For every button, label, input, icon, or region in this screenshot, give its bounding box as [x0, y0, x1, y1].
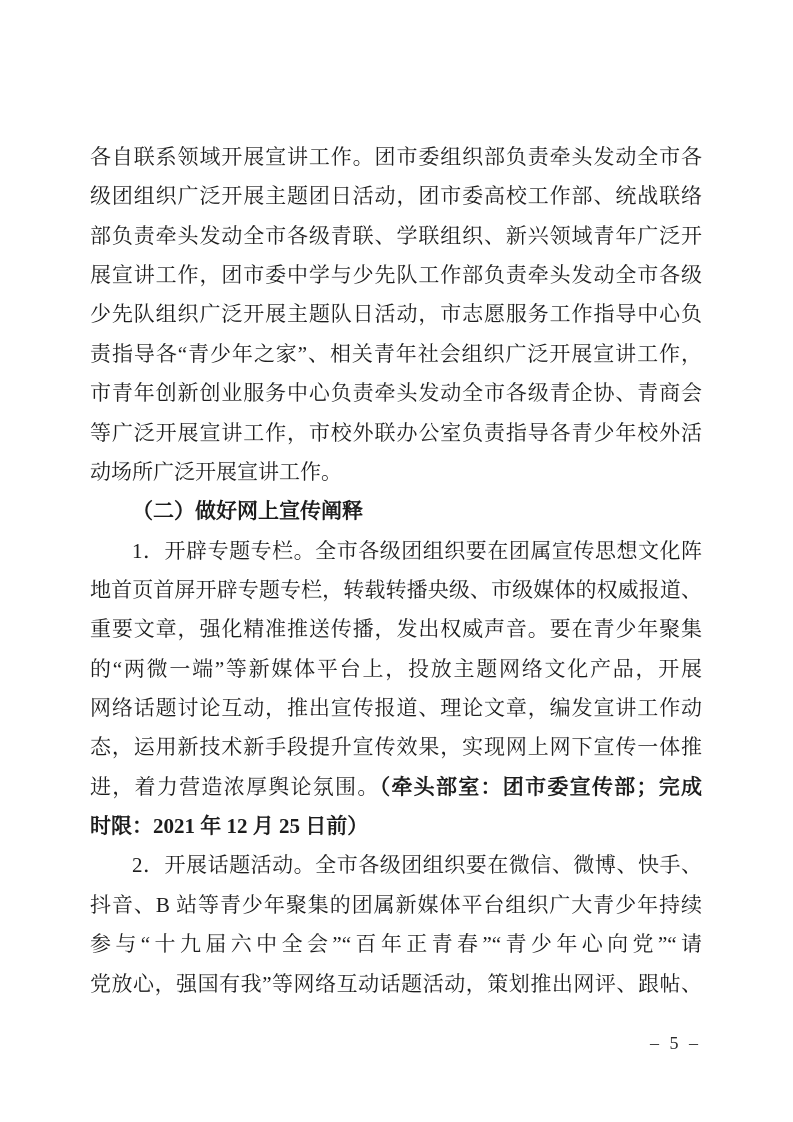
body-text: （二）做好网上宣传阐释	[132, 499, 363, 523]
body-text: 的“两微一端”等新媒体平台上，投放主题网络文化产品，开展	[90, 657, 702, 681]
text-line-16: 态，运用新技术新手段提升宣传效果，实现网上网下宣传一体推	[90, 728, 702, 767]
text-line-6: 责指导各“青少年之家”、相关青年社会组织广泛开展宣讲工作，	[90, 335, 702, 374]
body-text: 党放心，强国有我”等网络互动话题活动，策划推出网评、跟帖、	[90, 972, 702, 996]
text-line-8: 等广泛开展宣讲工作，市校外联办公室负责指导各青少年校外活	[90, 414, 702, 453]
emphasis-text: （牵头部室：团市委宣传部；完成	[380, 775, 702, 799]
body-text: 1．开辟专题专栏。全市各级团组织要在团属宣传思想文化阵	[132, 539, 702, 563]
body-text: 参与“十九届六中全会”“百年正青春”“青少年心向党”“请	[90, 932, 702, 956]
body-text: 动场所广泛开展宣讲工作。	[90, 460, 342, 484]
body-text: 部负责牵头发动全市各级青联、学联组织、新兴领域青年广泛开	[90, 224, 702, 248]
body-text: 级团组织广泛开展主题团日活动，团市委高校工作部、统战联络	[90, 184, 702, 208]
text-line-9: 动场所广泛开展宣讲工作。	[90, 453, 702, 492]
text-line-2: 级团组织广泛开展主题团日活动，团市委高校工作部、统战联络	[90, 177, 702, 216]
text-line-18: 时限：2021 年 12 月 25 日前）	[90, 807, 702, 846]
body-text: 展宣讲工作，团市委中学与少先队工作部负责牵头发动全市各级	[90, 263, 702, 287]
emphasis-text: 时限：2021 年 12 月 25 日前）	[90, 814, 368, 838]
text-line-3: 部负责牵头发动全市各级青联、学联组织、新兴领域青年广泛开	[90, 217, 702, 256]
text-line-22: 党放心，强国有我”等网络互动话题活动，策划推出网评、跟帖、	[90, 965, 702, 1004]
section-heading-2: （二）做好网上宣传阐释	[90, 492, 702, 531]
text-line-12: 地首页首屏开辟专题专栏，转载转播央级、市级媒体的权威报道、	[90, 571, 702, 610]
body-text: 抖音、B 站等青少年聚集的团属新媒体平台组织广大青少年持续	[90, 893, 702, 917]
body-text: 进，着力营造浓厚舆论氛围。	[90, 775, 380, 799]
text-block: 各自联系领域开展宣讲工作。团市委组织部负责牵头发动全市各级团组织广泛开展主题团日…	[90, 138, 702, 1004]
text-line-17: 进，着力营造浓厚舆论氛围。（牵头部室：团市委宣传部；完成	[90, 768, 702, 807]
text-line-5: 少先队组织广泛开展主题队日活动，市志愿服务工作指导中心负	[90, 295, 702, 334]
text-line-11: 1．开辟专题专栏。全市各级团组织要在团属宣传思想文化阵	[90, 532, 702, 571]
body-text: 各自联系领域开展宣讲工作。团市委组织部负责牵头发动全市各	[90, 145, 702, 169]
text-line-13: 重要文章，强化精准推送传播，发出权威声音。要在青少年聚集	[90, 610, 702, 649]
text-line-4: 展宣讲工作，团市委中学与少先队工作部负责牵头发动全市各级	[90, 256, 702, 295]
document-page: 各自联系领域开展宣讲工作。团市委组织部负责牵头发动全市各级团组织广泛开展主题团日…	[0, 0, 793, 1122]
text-line-20: 抖音、B 站等青少年聚集的团属新媒体平台组织广大青少年持续	[90, 886, 702, 925]
text-line-7: 市青年创新创业服务中心负责牵头发动全市各级青企协、青商会	[90, 374, 702, 413]
body-text: 责指导各“青少年之家”、相关青年社会组织广泛开展宣讲工作，	[90, 342, 702, 366]
text-line-19: 2．开展话题活动。全市各级团组织要在微信、微博、快手、	[90, 846, 702, 885]
body-text: 2．开展话题活动。全市各级团组织要在微信、微博、快手、	[132, 853, 702, 877]
text-line-15: 网络话题讨论互动，推出宣传报道、理论文章，编发宣讲工作动	[90, 689, 702, 728]
body-text: 市青年创新创业服务中心负责牵头发动全市各级青企协、青商会	[90, 381, 702, 405]
page-number: – 5 –	[650, 1033, 701, 1054]
text-line-14: 的“两微一端”等新媒体平台上，投放主题网络文化产品，开展	[90, 650, 702, 689]
body-text: 网络话题讨论互动，推出宣传报道、理论文章，编发宣讲工作动	[90, 696, 702, 720]
text-line-1: 各自联系领域开展宣讲工作。团市委组织部负责牵头发动全市各	[90, 138, 702, 177]
text-line-21: 参与“十九届六中全会”“百年正青春”“青少年心向党”“请	[90, 925, 702, 964]
body-text: 重要文章，强化精准推送传播，发出权威声音。要在青少年聚集	[90, 617, 702, 641]
body-text: 等广泛开展宣讲工作，市校外联办公室负责指导各青少年校外活	[90, 421, 702, 445]
body-text: 地首页首屏开辟专题专栏，转载转播央级、市级媒体的权威报道、	[90, 578, 702, 602]
body-text: 少先队组织广泛开展主题队日活动，市志愿服务工作指导中心负	[90, 302, 702, 326]
body-text: 态，运用新技术新手段提升宣传效果，实现网上网下宣传一体推	[90, 735, 702, 759]
